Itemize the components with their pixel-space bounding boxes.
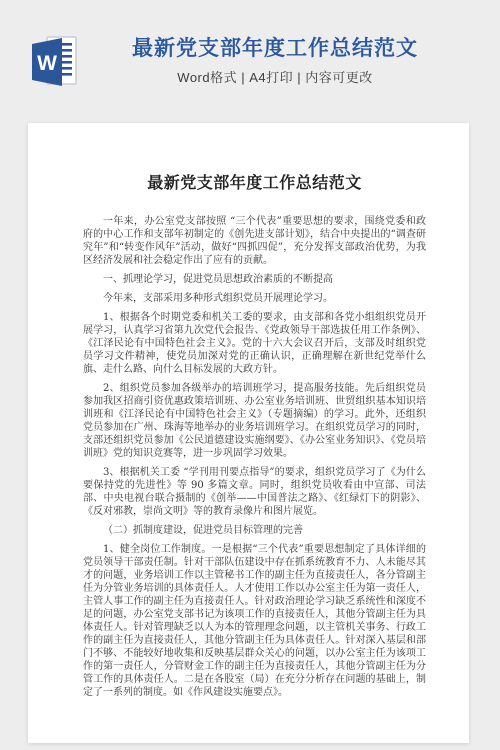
header-text-block: 最新党支部年度工作总结范文 Word格式 | A4打印 | 内容可更改 [80, 37, 470, 86]
doc-paragraph: 今年来，支部采用多种形式组织党员开展理论学习。 [83, 292, 426, 305]
document-title: 最新党支部年度工作总结范文 [83, 175, 426, 191]
doc-heading: 一、抓理论学习，促进党员思想政治素质的不断提高 [83, 273, 426, 286]
template-subtitle: Word格式 | A4打印 | 内容可更改 [80, 67, 470, 86]
document-body: 一年来，办公室党支部按照 “三个代表”重要思想的要求，围绕党委和政府的中心工作和… [83, 215, 426, 699]
word-icon-letter: W [37, 52, 57, 75]
doc-paragraph: 1、健全岗位工作制度。一是根据“三个代表”重要思想制定了具体详细的党员领导干部责… [83, 543, 426, 699]
template-header: W 最新党支部年度工作总结范文 Word格式 | A4打印 | 内容可更改 [0, 0, 500, 90]
doc-paragraph: 2、组织党员参加各级举办的培训班学习，提高服务技能。先后组织党员参加我区招商引资… [83, 382, 426, 460]
doc-paragraph: 一年来，办公室党支部按照 “三个代表”重要思想的要求，围绕党委和政府的中心工作和… [83, 215, 426, 267]
template-title: 最新党支部年度工作总结范文 [80, 37, 470, 60]
doc-paragraph: 3、根据机关工委 “学刊用刊要点指导”的要求，组织党员学习了《为什么要保持党的先… [83, 466, 426, 518]
page-root: { "header": { "title": "最新党支部年度工作总结范文", … [0, 0, 500, 750]
document-page: 最新党支部年度工作总结范文 一年来，办公室党支部按照 “三个代表”重要思想的要求… [28, 123, 469, 743]
doc-heading: （二）抓制度建设，促进党员目标管理的完善 [83, 524, 426, 537]
doc-paragraph: 1、根据各个时期党委和机关工委的要求，由支部和各党小组组织党员开展学习，认真学习… [83, 311, 426, 376]
word-icon: W [28, 34, 80, 90]
